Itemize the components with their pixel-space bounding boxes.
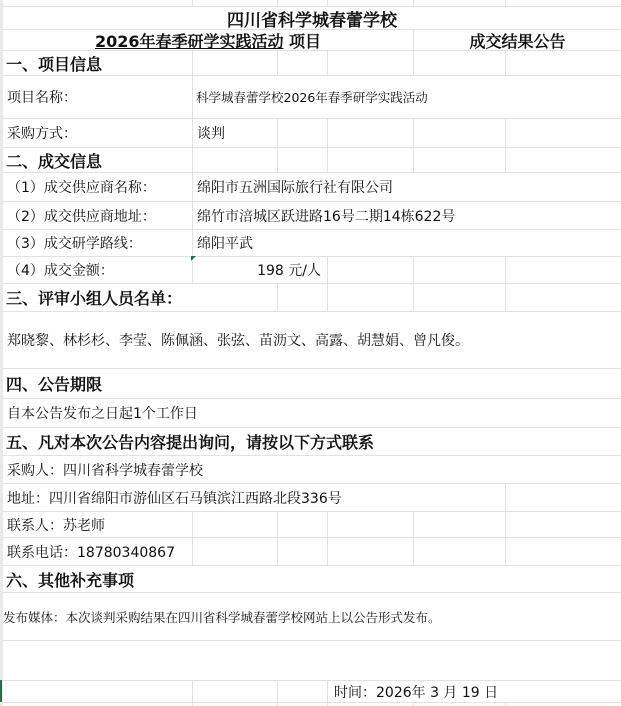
selection-edge <box>0 680 2 702</box>
amount-label: （4）成交金额： <box>3 257 192 283</box>
purchaser-address: 地址：四川省绵阳市游仙区石马镇滨江西路北段336号 <box>3 484 505 511</box>
section1-heading: 一、项目信息 <box>3 51 191 75</box>
supplier-address-value: 绵竹市涪城区跃进路16号二期14栋622号 <box>193 202 621 229</box>
error-indicator-icon <box>191 256 196 261</box>
contact-person: 联系人：苏老师 <box>3 512 192 537</box>
route-value: 绵阳平武 <box>193 230 621 256</box>
section4-heading: 四、公告期限 <box>3 369 621 398</box>
section6-heading: 六、其他补充事项 <box>3 566 621 592</box>
announcement-period: 自本公告发布之日起1个工作日 <box>3 399 621 427</box>
procurement-method-label: 采购方式： <box>3 119 192 147</box>
review-panel-members: 郑晓黎、林杉杉、李莹、陈佩涵、张弦、苗沥文、高露、胡慧娟、曾凡俊。 <box>3 312 621 368</box>
gridline <box>0 702 621 703</box>
subtitle-announcement: 成交结果公告 <box>414 30 621 50</box>
subtitle-project-name: 2026年春季研学实践活动 <box>95 29 284 52</box>
announcement-date: 时间：2026年 3 月 19 日 <box>328 681 621 702</box>
section3-heading: 三、评审小组人员名单： <box>3 284 276 311</box>
section5-heading: 五、凡对本次公告内容提出询问，请按以下方式联系 <box>3 428 621 455</box>
publication-media: 发布媒体：本次谈判采购结果在四川省科学城春蕾学校网站上以公告形式发布。 <box>3 593 621 640</box>
school-title: 四川省科学城春蕾学校 <box>3 7 621 29</box>
spreadsheet-sheet: 四川省科学城春蕾学校 2026年春季研学实践活动 项目 成交结果公告 一、项目信… <box>0 0 621 706</box>
supplier-name-label: （1）成交供应商名称： <box>3 173 192 201</box>
procurement-method-value: 谈判 <box>193 119 277 147</box>
subtitle-project-suffix: 项目 <box>283 29 321 52</box>
project-name-value: 科学城春蕾学校2026年春季研学实践活动 <box>193 76 621 118</box>
blank-row <box>3 641 621 680</box>
section2-heading: 二、成交信息 <box>3 148 191 172</box>
contact-phone: 联系电话：18780340867 <box>3 538 192 565</box>
project-name-label: 项目名称： <box>3 76 192 118</box>
subtitle-project: 2026年春季研学实践活动 项目 <box>3 30 413 50</box>
amount-value: 198 元/人 <box>193 257 327 283</box>
purchaser: 采购人：四川省科学城春蕾学校 <box>3 456 621 483</box>
route-label: （3）成交研学路线： <box>3 230 192 256</box>
supplier-name-value: 绵阳市五洲国际旅行社有限公司 <box>193 173 621 201</box>
supplier-address-label: （2）成交供应商地址： <box>3 202 192 229</box>
